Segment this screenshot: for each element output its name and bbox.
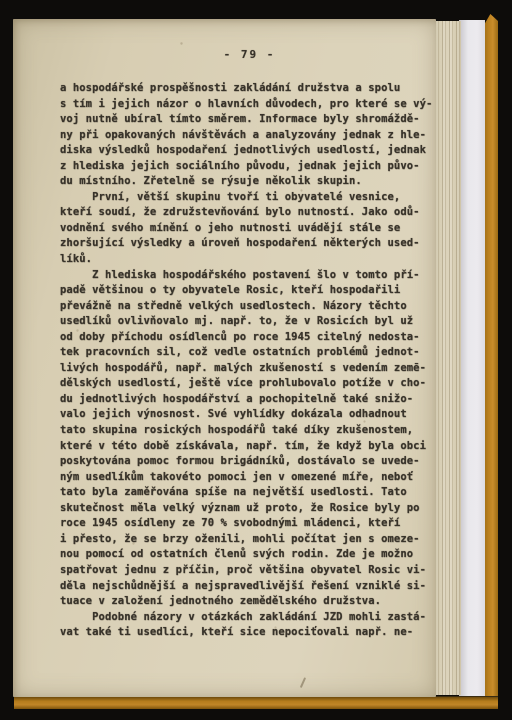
scan-background: - 79 - a hospodářské prospěšnosti zaklád… [0,0,512,720]
text-line: Z hlediska hospodářského postavení šlo v… [60,268,432,284]
paper-speckles [13,19,14,20]
text-line: usedlíků ovlivňovalo mj. např. to, že v … [60,314,432,330]
text-line: převážně na středně velkých usedlostech.… [60,299,432,315]
text-line: poskytována pomoc formou brigádníků, dos… [60,454,432,470]
text-line: ným usedlíkům takovéto pomoci jen v omez… [60,470,432,486]
text-line: livých hospodářů, např. malých zkušenost… [60,361,432,377]
text-line: od doby příchodu osídlenců po roce 1945 … [60,330,432,346]
endpaper-strip [459,20,485,696]
text-line: du jednotlivých hospodářství a pochopite… [60,392,432,408]
text-line: roce 1945 osídleny ze 70 % svobodnými ml… [60,516,432,532]
text-line: tato skupina rosických hospodářů také dí… [60,423,432,439]
text-line: tato byla zaměřována spíše na největší u… [60,485,432,501]
text-line: du místního. Zřetelně se rýsuje několik … [60,174,432,190]
text-line: ny při opakovaných návštěvách a analyzov… [60,128,432,144]
text-line: vodnění svého mínění o jeho nutnosti uvá… [60,221,432,237]
text-line: zhoršující výsledky a úroveň hospodaření… [60,236,432,252]
text-line: děla nejschůdnější a nejspravedlivější ř… [60,579,432,595]
text-line: tek pracovních sil, což vedle ostatních … [60,345,432,361]
page-number: - 79 - [13,48,436,61]
text-line: voj nutně ubíral tímto směrem. Informace… [60,112,432,128]
document-page: - 79 - a hospodářské prospěšnosti zaklád… [13,19,436,697]
text-line: padě většinou o ty obyvatele Rosic, kteř… [60,283,432,299]
text-line: valo jejich výnosnost. Své vyhlídky doká… [60,407,432,423]
text-line: líků. [60,252,432,268]
text-line: spatřovat jednu z příčin, proč většina o… [60,563,432,579]
text-line: vat také ti usedlíci, kteří sice nepociť… [60,625,432,641]
text-line: z hlediska jejich sociálního původu, jed… [60,159,432,175]
body-text: a hospodářské prospěšnosti zakládání dru… [60,81,432,641]
text-line: kteří soudí, že združstevňování bylo nut… [60,205,432,221]
text-line: a hospodářské prospěšnosti zakládání dru… [60,81,432,97]
text-line: diska výsledků hospodaření jednotlivých … [60,143,432,159]
text-line: které v této době získávala, např. tím, … [60,439,432,455]
text-line: tuace v založení jednotného zemědělského… [60,594,432,610]
text-line: i přesto, že se brzy oženili, mohli počí… [60,532,432,548]
pencil-mark [300,677,306,688]
text-line: Podobné názory v otázkách zakládání JZD … [60,610,432,626]
text-line: skutečnost měla velký význam už proto, ž… [60,501,432,517]
text-line: První, větší skupinu tvoří ti obyvatelé … [60,190,432,206]
text-line: nou pomocí od ostatních členů svých rodi… [60,547,432,563]
text-line: s tím i jejich názor o hlavních důvodech… [60,97,432,113]
text-line: dělských usedlostí, ještě více prohlubov… [60,376,432,392]
book-cover-edge-bottom [14,696,498,709]
